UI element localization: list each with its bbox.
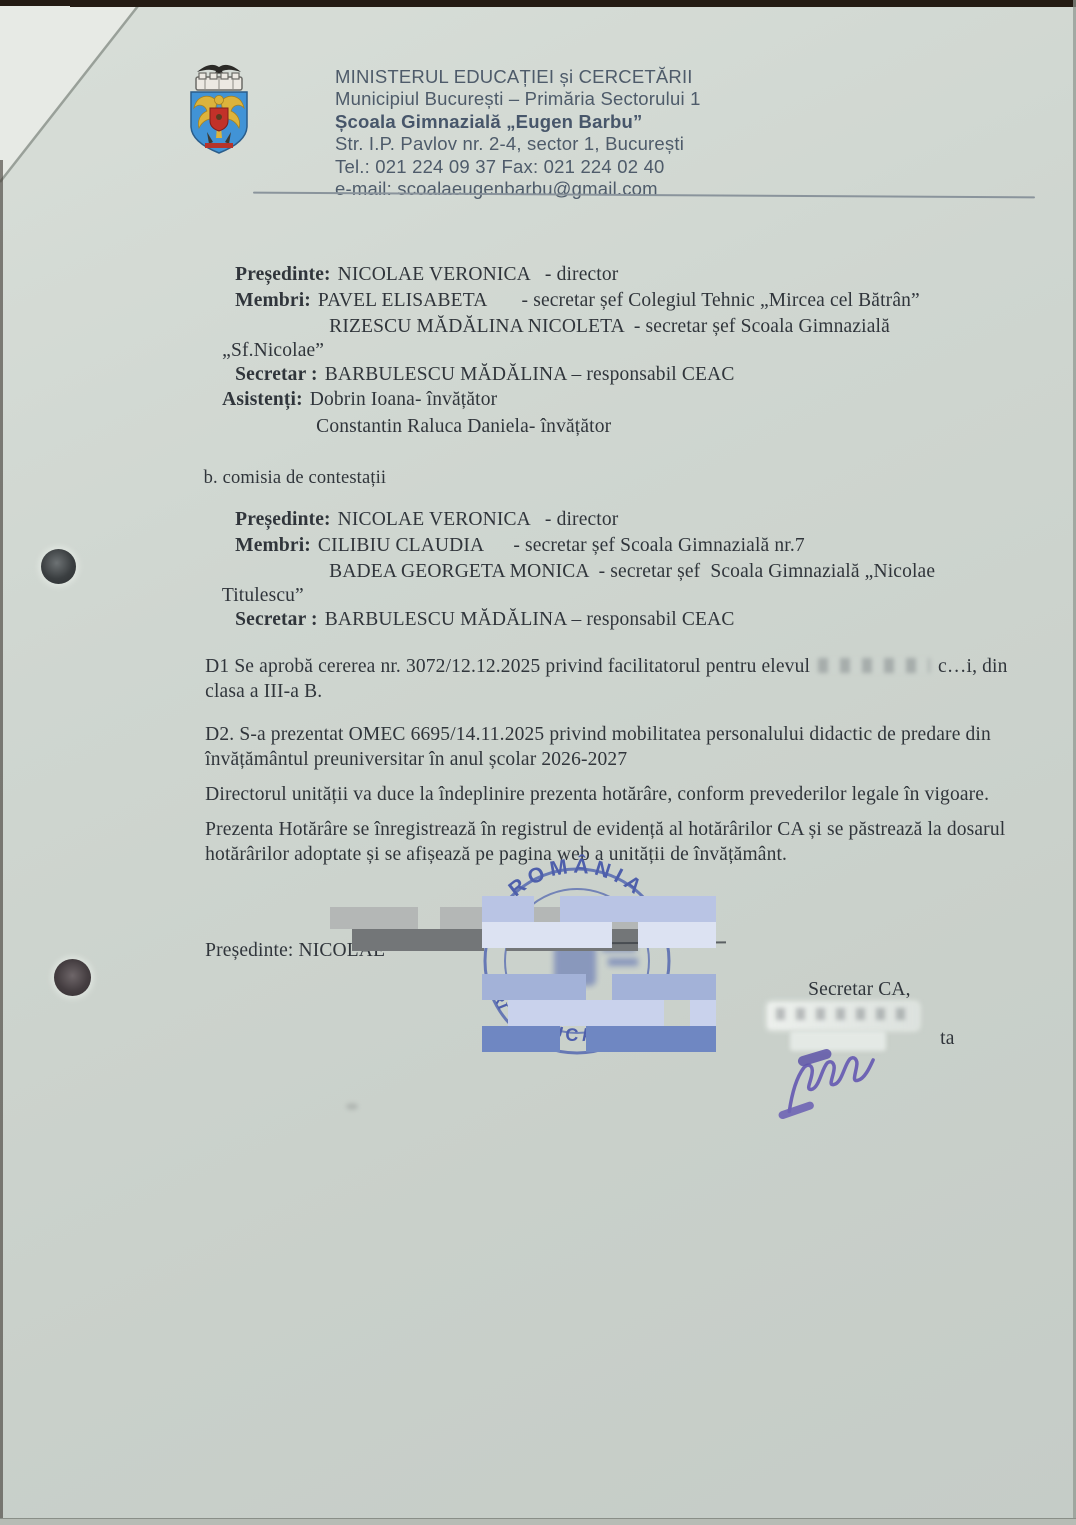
redaction-block [612, 948, 638, 974]
phone-fax-line: Tel.: 021 224 09 37 Fax: 021 224 02 40 [335, 156, 701, 178]
redaction-block [482, 922, 508, 948]
redaction-block [482, 948, 508, 974]
section-b-title-text: b. comisia de contestații [204, 468, 387, 488]
svg-text:ROMÂNIA: ROMÂNIA [504, 854, 649, 902]
redaction-block [352, 907, 374, 929]
redaction-block [352, 929, 374, 951]
redaction-block [690, 922, 716, 948]
redaction-block [482, 974, 508, 1000]
redaction-block [638, 948, 664, 974]
redaction-block [664, 922, 690, 948]
assistant-value: Constantin Raluca Daniela- învățător [316, 416, 611, 437]
redaction-block [586, 948, 612, 974]
redaction-block [482, 896, 508, 922]
redaction-block [612, 974, 638, 1000]
redaction-block [330, 907, 352, 929]
secretary-label: Secretar : [235, 609, 318, 630]
redaction-block [560, 922, 586, 948]
redaction-block [560, 948, 586, 974]
redaction-block [664, 1026, 690, 1052]
school-name: Școala Gimnazială „Eugen Barbu” [335, 111, 701, 133]
redaction-block [638, 922, 664, 948]
redaction-block [508, 922, 534, 948]
document-page: MINISTERUL EDUCAȚIEI și CERCETĂRII Munic… [0, 6, 1076, 1525]
redaction-block [462, 929, 484, 951]
redaction-block [508, 1000, 534, 1026]
d1-text-wrap: clasa a III-a B. [205, 681, 322, 702]
redaction-block [534, 974, 560, 1000]
redaction-block [586, 896, 612, 922]
photo-background-top [70, 0, 1076, 7]
redaction-block [508, 1026, 534, 1052]
letterhead: MINISTERUL EDUCAȚIEI și CERCETĂRII Munic… [335, 66, 701, 200]
redaction-block [690, 896, 716, 922]
redaction-block [690, 974, 716, 1000]
redaction-block [396, 907, 418, 929]
redaction-block [534, 948, 560, 974]
handwritten-signature [766, 1019, 933, 1123]
redaction-block [374, 929, 396, 951]
punch-hole [54, 959, 91, 996]
redaction-block [534, 922, 560, 948]
paper-smudge [346, 1103, 358, 1110]
punch-hole [41, 549, 76, 584]
redaction-block [612, 896, 638, 922]
member-value: BADEA GEORGETA MONICA - secretar șef Sco… [329, 561, 935, 582]
redaction-block [534, 1000, 560, 1026]
d1-text-post: c…i, din [938, 656, 1007, 677]
redaction-block [612, 1000, 638, 1026]
redaction-block [560, 974, 586, 1000]
redaction-block [664, 974, 690, 1000]
bucharest-coat-of-arms-logo [183, 58, 255, 158]
municipality-line: Municipiul București – Primăria Sectorul… [335, 88, 701, 110]
redaction-block [638, 1000, 664, 1026]
pixelation-redaction-blue [482, 896, 716, 1052]
redaction-block [396, 929, 418, 951]
email-line: e-mail: scoalaeugenbarbu@gmail.com [335, 178, 701, 200]
redaction-block [664, 948, 690, 974]
redaction-block [560, 1000, 586, 1026]
secretary-name-trace [776, 1008, 906, 1020]
redaction-block [440, 929, 462, 951]
student-name-redaction [818, 658, 930, 673]
redaction-block [534, 1026, 560, 1052]
redaction-block [418, 929, 440, 951]
stamp-arc-top-text: ROMÂNIA [504, 854, 649, 902]
redaction-block [664, 896, 690, 922]
secretary-ca-text: Secretar CA, [808, 979, 911, 1000]
scanned-document-photo: MINISTERUL EDUCAȚIEI și CERCETĂRII Munic… [0, 0, 1076, 1525]
address-line: Str. I.P. Pavlov nr. 2-4, sector 1, Bucu… [335, 133, 701, 155]
redaction-block [612, 1026, 638, 1052]
redaction-block [508, 896, 534, 922]
redaction-block [462, 907, 484, 929]
redaction-block [690, 1000, 716, 1026]
redaction-block [586, 922, 612, 948]
redaction-block [560, 896, 586, 922]
redaction-block [482, 1026, 508, 1052]
photo-background-left [0, 160, 3, 1525]
page-edge-bottom [0, 1518, 1076, 1525]
member-value: RIZESCU MĂDĂLINA NICOLETA - secretar șef… [329, 316, 890, 337]
redaction-block [690, 1026, 716, 1052]
ministry-line: MINISTERUL EDUCAȚIEI și CERCETĂRII [335, 66, 701, 88]
redaction-block [638, 896, 664, 922]
redaction-block [508, 974, 534, 1000]
page-corner-fold [0, 6, 150, 191]
redaction-block [586, 1026, 612, 1052]
redaction-block [440, 907, 462, 929]
redaction-block [638, 1026, 664, 1052]
secretary-name-text: ta [940, 1028, 954, 1049]
secretary-value: BARBULESCU MĂDĂLINA – responsabil CEAC [325, 609, 735, 630]
redaction-block [638, 974, 664, 1000]
redaction-block [586, 1000, 612, 1026]
redaction-block [374, 907, 396, 929]
